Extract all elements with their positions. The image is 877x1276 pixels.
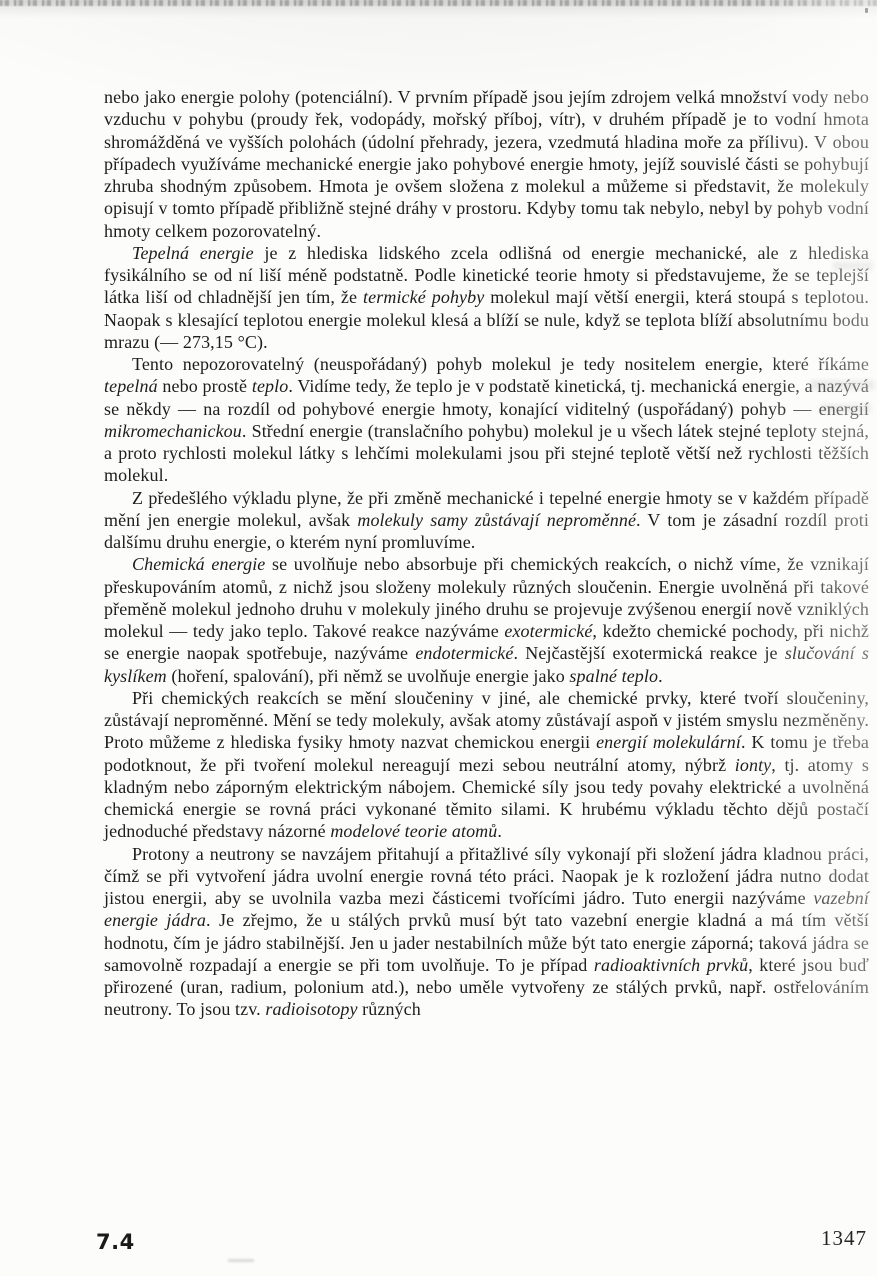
emphasized-text: radioisotopy [265,999,357,1019]
body-text-run: různých [358,999,421,1019]
emphasized-text: exotermické [504,621,592,641]
body-text-run: . Nejčastější exotermická reakce je [513,643,784,663]
emphasized-text: radioaktivních prvků [594,955,748,975]
body-text-run: . [658,666,663,686]
scan-edge-shadow [0,0,877,26]
paragraph: Tepelná energie je z hlediska lidského z… [104,242,869,353]
body-text: nebo jako energie polohy (potenciální). … [104,86,869,1021]
emphasized-text: energií molekulární [596,732,741,752]
page-footer: 7.4 1347 [0,1226,877,1260]
emphasized-text: endotermické [415,643,513,663]
scanned-book-page: nebo jako energie polohy (potenciální). … [0,0,877,1276]
body-text-run: Tento nepozorovatelný (neuspořádaný) poh… [132,354,869,374]
paragraph: Protony a neutrony se navzájem přitahují… [104,843,869,1021]
emphasized-text: termické pohyby [363,287,484,307]
body-text-run: Protony a neutrony se navzájem přitahují… [104,844,869,909]
emphasized-text: molekuly samy zůstávají neproměnné [357,510,636,530]
body-text-run: nebo prostě [158,376,252,396]
scan-speck [865,8,868,13]
emphasized-text: Tepelná energie [132,243,254,263]
paragraph: Chemická energie se uvolňuje nebo absorb… [104,553,869,687]
emphasized-text: ionty [735,755,772,775]
body-text-run: (hoření, spalování), při němž se uvolňuj… [167,666,570,686]
emphasized-text: teplo [252,376,289,396]
paragraph: Tento nepozorovatelný (neuspořádaný) poh… [104,353,869,487]
chapter-number: 7.4 [96,1230,135,1254]
emphasized-text: Chemická energie [132,554,265,574]
emphasized-text: modelové teorie atomů [330,821,497,841]
paragraph: Z předešlého výkladu plyne, že při změně… [104,487,869,554]
paragraph: Při chemických reakcích se mění sloučeni… [104,687,869,843]
body-text-run: nebo jako energie polohy (potenciální). … [104,87,869,241]
body-text-run: . [497,821,502,841]
paragraph: nebo jako energie polohy (potenciální). … [104,86,869,242]
emphasized-text: mikromechanickou [104,421,242,441]
page-number: 1347 [821,1226,867,1251]
emphasized-text: tepelná [104,376,158,396]
emphasized-text: spalné teplo [569,666,658,686]
